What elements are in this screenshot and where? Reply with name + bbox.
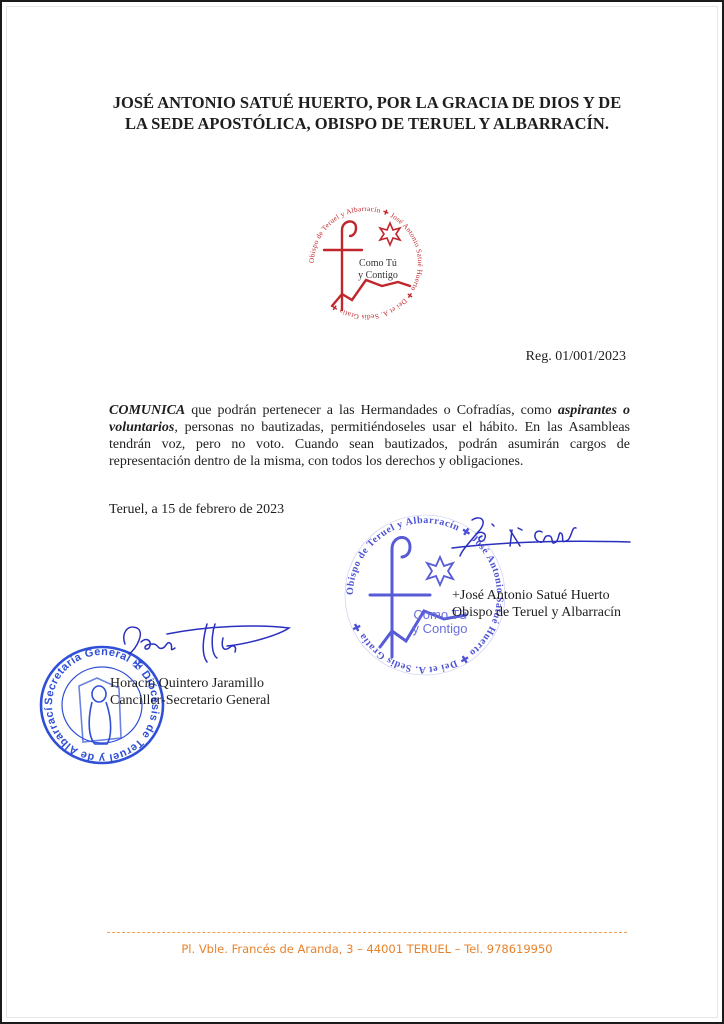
bishop-role: Obispo de Teruel y Albarracín — [452, 605, 621, 622]
place-and-date: Teruel, a 15 de febrero de 2023 — [109, 502, 284, 518]
bishop-coat-of-arms-emblem: Obispo de Teruel y Albarracín ✚ José Ant… — [302, 202, 430, 324]
seal-motto-line2: y Contigo — [413, 621, 468, 636]
communication-body: COMUNICA que podrán pertenecer a las Her… — [109, 402, 630, 470]
footer-divider — [107, 932, 627, 933]
registration-number: Reg. 01/001/2023 — [526, 349, 626, 365]
document-title: JOSÉ ANTONIO SATUÉ HUERTO, POR LA GRACIA… — [102, 92, 632, 134]
secretary-handwritten-signature — [107, 614, 292, 669]
emblem-motto-line2: y Contigo — [358, 270, 398, 281]
footer-address: Pl. Vble. Francés de Aranda, 3 – 44001 T… — [102, 942, 632, 956]
secretary-signature-block: Horacio Quintero Jaramillo Canciller-Sec… — [110, 676, 270, 709]
secretary-role: Canciller-Secretario General — [110, 693, 270, 710]
bishop-signature-block: +José Antonio Satué Huerto Obispo de Ter… — [452, 588, 621, 621]
bishop-name: +José Antonio Satué Huerto — [452, 588, 621, 605]
secretary-name: Horacio Quintero Jaramillo — [110, 676, 270, 693]
communication-part2: , personas no bautizadas, permitiéndosel… — [109, 420, 630, 469]
star-icon — [380, 223, 400, 245]
document-page: JOSÉ ANTONIO SATUÉ HUERTO, POR LA GRACIA… — [0, 0, 724, 1024]
emblem-motto-line1: Como Tú — [359, 258, 397, 269]
communication-lead: COMUNICA — [109, 403, 185, 418]
bishop-handwritten-signature — [442, 512, 632, 562]
communication-part1: que podrán pertenecer a las Hermandades … — [185, 403, 558, 418]
